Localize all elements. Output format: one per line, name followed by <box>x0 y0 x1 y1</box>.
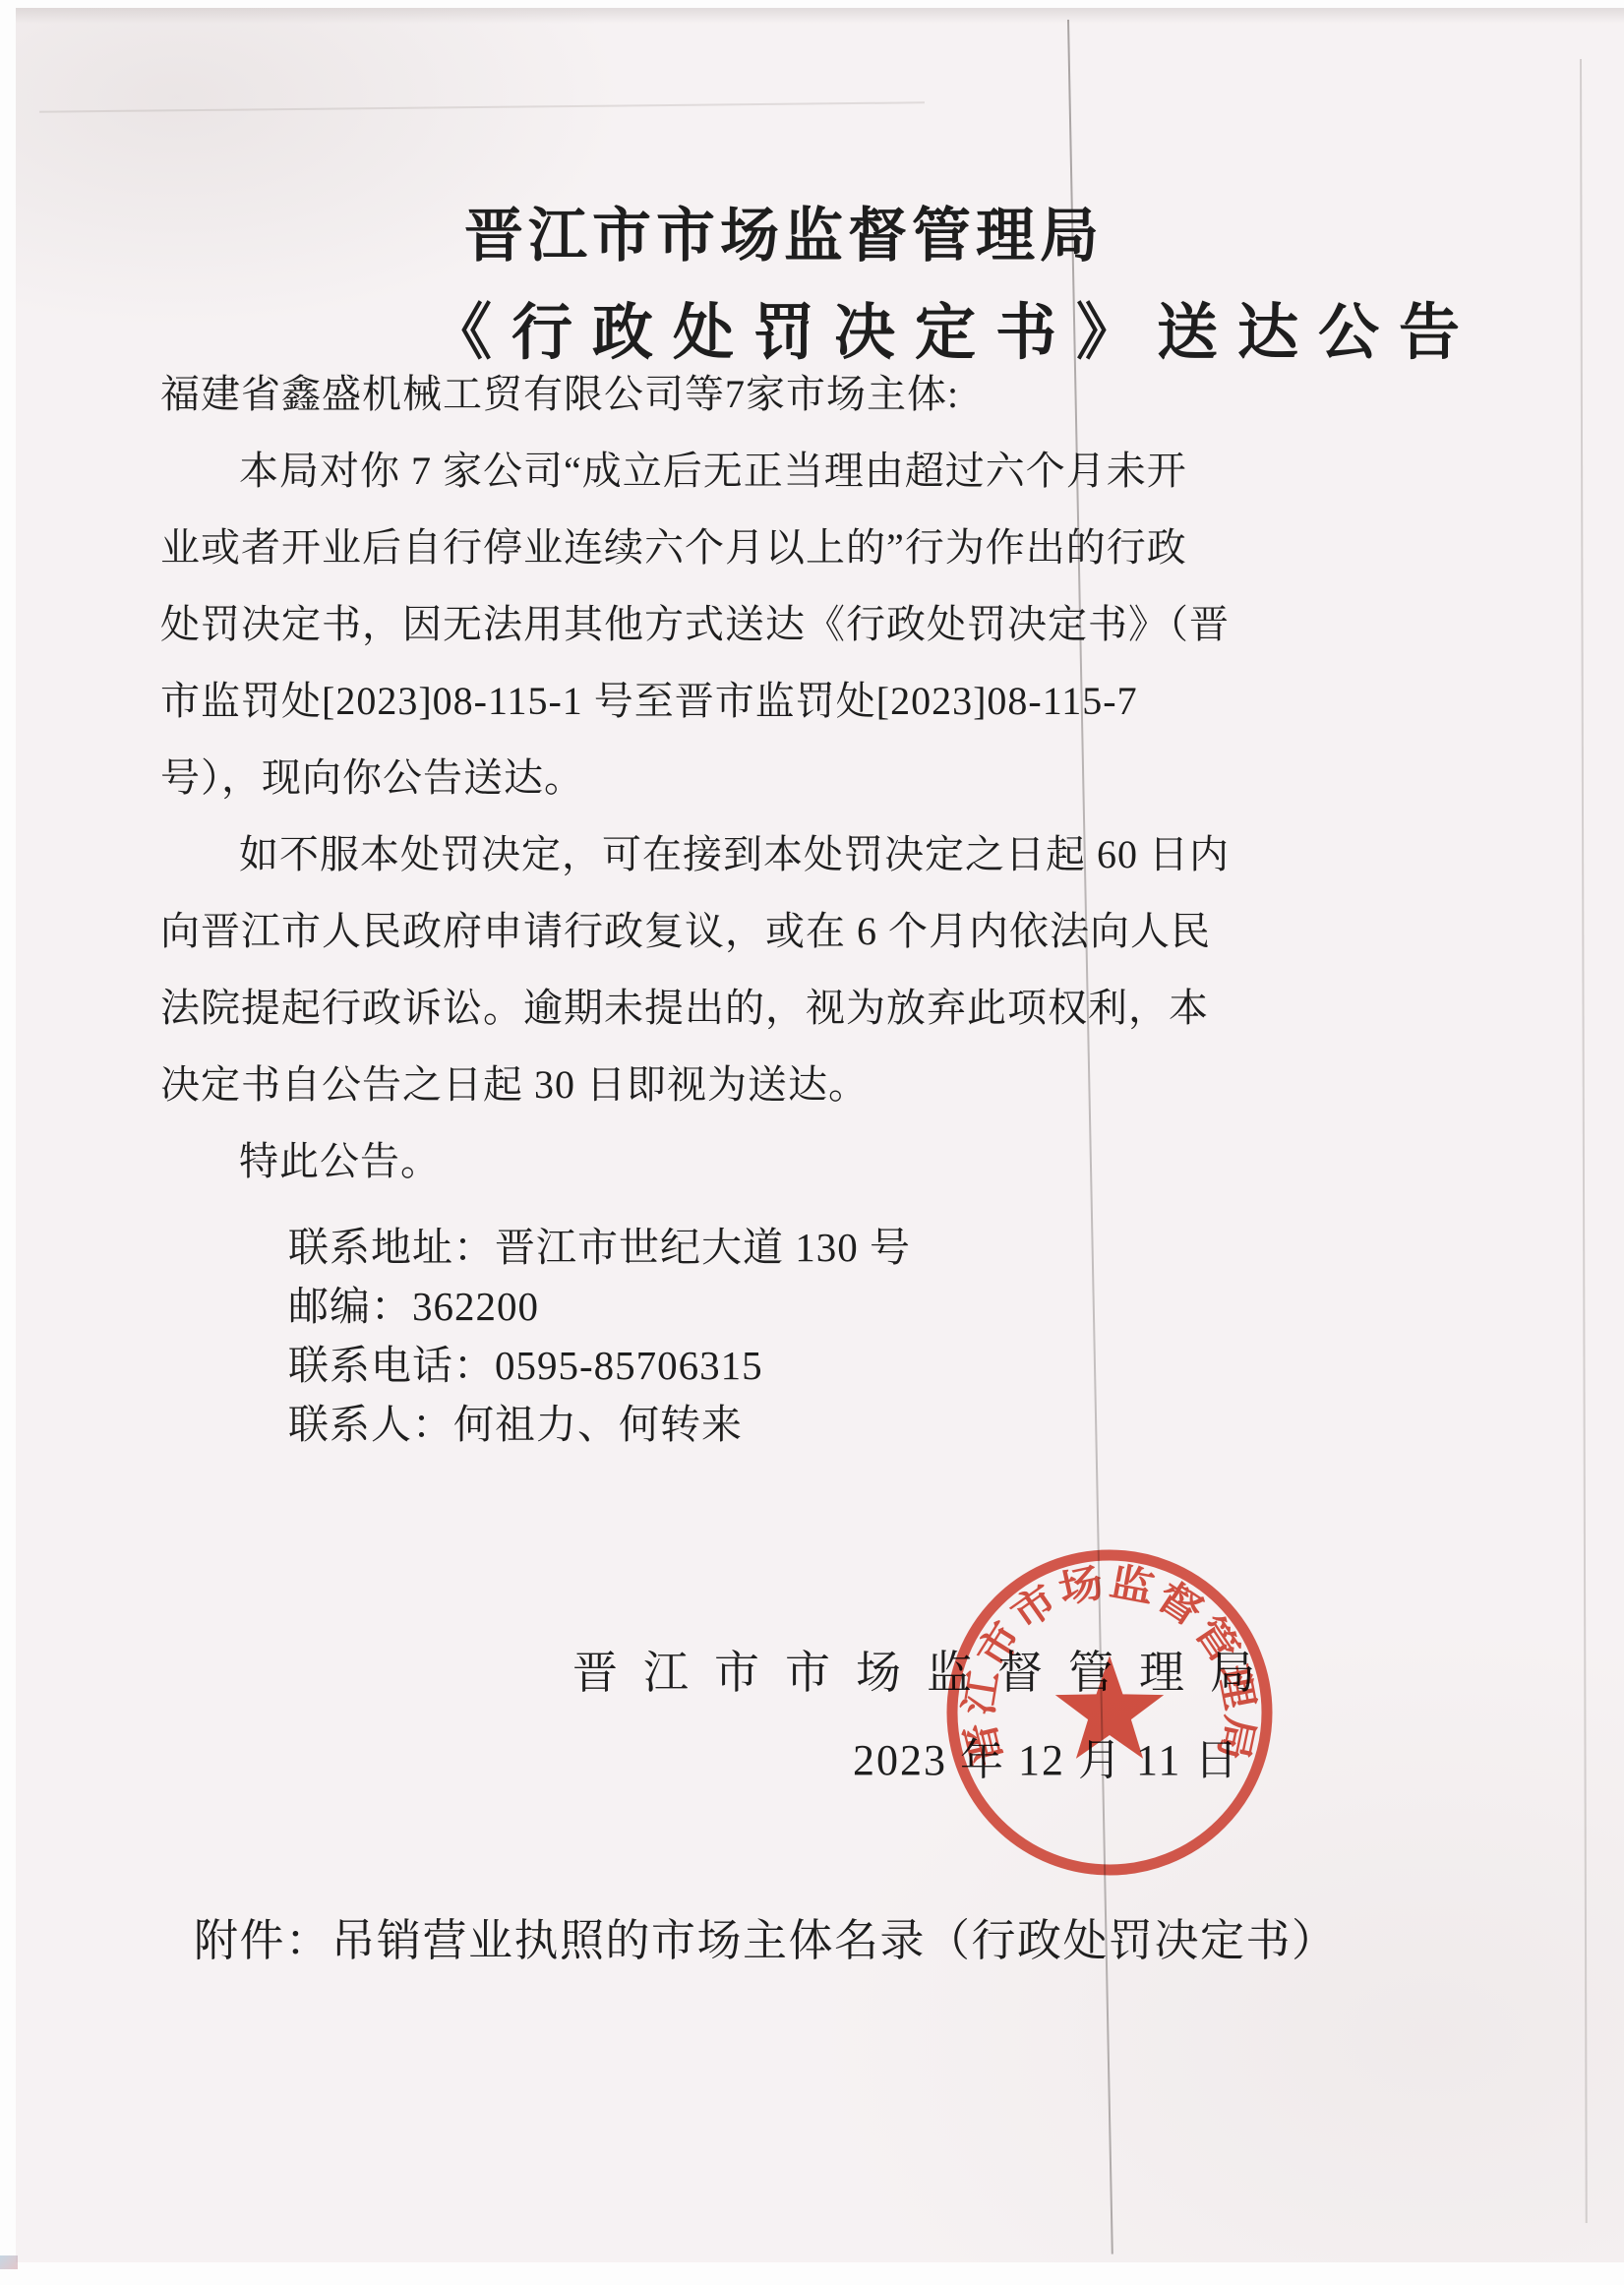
contact-line: 联系地址：晋江市世纪大道 130 号 <box>288 1218 911 1277</box>
body-line: 向晋江市人民政府申请行政复议，或在 6 个月内依法向人民 <box>160 893 1203 970</box>
seal-star <box>1055 1655 1164 1759</box>
body-line: 特此公告。 <box>160 1123 1203 1200</box>
body-line: 如不服本处罚决定，可在接到本处罚决定之日起 60 日内 <box>160 816 1203 893</box>
contact-line: 联系电话：0595-85706315 <box>288 1336 911 1395</box>
contact-line: 联系人：何祖力、何转来 <box>288 1395 911 1454</box>
body-line: 本局对你 7 家公司“成立后无正当理由超过六个月未开 <box>160 433 1203 510</box>
body-line: 法院提起行政诉讼。逾期未提出的，视为放弃此项权利，本 <box>160 970 1203 1047</box>
body-line: 业或者开业后自行停业连续六个月以上的”行为作出的行政 <box>160 510 1203 586</box>
document-title-org: 晋江市市场监督管理局 <box>464 189 1104 273</box>
official-seal-stamp: 晋江市市场监督管理局 <box>942 1545 1277 1880</box>
body-line: 市监罚处[2023]08-115-1 号至晋市监罚处[2023]08-115-7 <box>160 663 1203 740</box>
body-line: 福建省鑫盛机械工贸有限公司等7家市场主体: <box>160 356 1203 433</box>
body-line: 处罚决定书，因无法用其他方式送达《行政处罚决定书》（晋 <box>160 586 1203 663</box>
document-body: 福建省鑫盛机械工贸有限公司等7家市场主体:本局对你 7 家公司“成立后无正当理由… <box>160 356 1203 1200</box>
body-line: 号），现向你公告送达。 <box>160 740 1203 816</box>
contact-block: 联系地址：晋江市世纪大道 130 号邮编：362200联系电话：0595-857… <box>288 1218 911 1454</box>
attachment-line: 附件：吊销营业执照的市场主体名录（行政处罚决定书） <box>194 1904 1338 1968</box>
contact-line: 邮编：362200 <box>288 1277 911 1336</box>
scan-noise-mark <box>0 2255 18 2269</box>
body-line: 决定书自公告之日起 30 日即视为送达。 <box>160 1047 1203 1123</box>
